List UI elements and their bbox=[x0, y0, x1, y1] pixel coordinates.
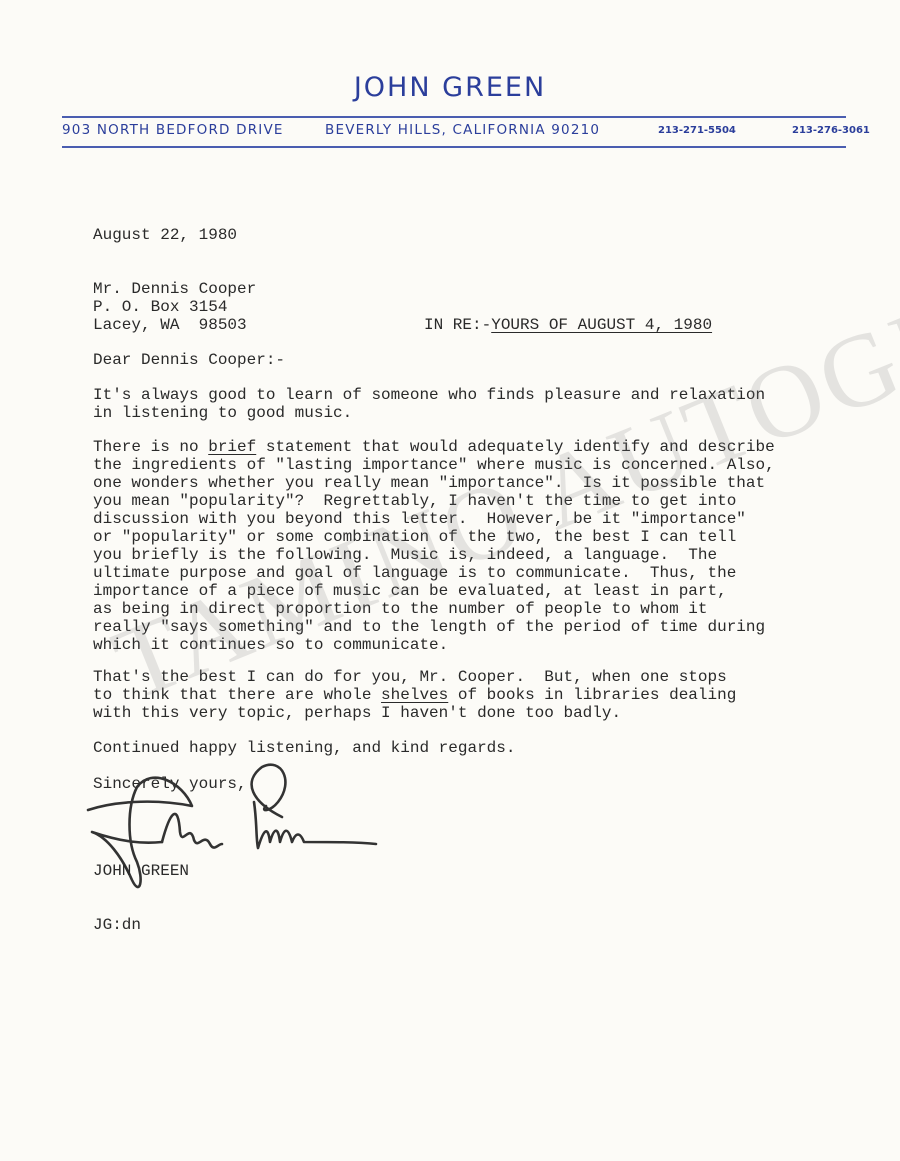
typed-signature-name: JOHN GREEN bbox=[93, 862, 189, 880]
letterhead-phone-1: 213-271-5504 bbox=[658, 125, 736, 136]
letterhead-contact-row: 903 NORTH BEDFORD DRIVE BEVERLY HILLS, C… bbox=[62, 122, 846, 140]
letterhead-name: JOHN GREEN bbox=[0, 72, 900, 103]
paragraph-2-line: one wonders whether you really mean "imp… bbox=[93, 474, 765, 492]
text-span: of books in libraries dealing bbox=[448, 686, 736, 704]
letterhead-rule-top bbox=[62, 116, 846, 118]
text-span: statement that would adequately identify… bbox=[256, 438, 774, 456]
paragraph-2-line: which it continues so to communicate. bbox=[93, 636, 448, 654]
text-span: to think that there are whole bbox=[93, 686, 381, 704]
paragraph-3-line-2: to think that there are whole shelves of… bbox=[93, 686, 736, 704]
paragraph-2-line: as being in direct proportion to the num… bbox=[93, 600, 708, 618]
paragraph-2-line: or "popularity" or some combination of t… bbox=[93, 528, 736, 546]
letter-date: August 22, 1980 bbox=[93, 226, 237, 244]
paragraph-2-line-1: There is no brief statement that would a… bbox=[93, 438, 775, 456]
text-span: There is no bbox=[93, 438, 208, 456]
paragraph-3-line-3: with this very topic, perhaps I haven't … bbox=[93, 704, 621, 722]
typist-initials: JG:dn bbox=[93, 916, 141, 934]
underlined-word-shelves: shelves bbox=[381, 686, 448, 704]
letterhead-rule-bottom bbox=[62, 146, 846, 148]
letter-page: JOHN GREEN 903 NORTH BEDFORD DRIVE BEVER… bbox=[0, 0, 900, 1161]
recipient-city: Lacey, WA 98503 bbox=[93, 316, 247, 334]
paragraph-2-line: importance of a piece of music can be ev… bbox=[93, 582, 727, 600]
paragraph-2-line: ultimate purpose and goal of language is… bbox=[93, 564, 736, 582]
reference-line: IN RE:-YOURS OF AUGUST 4, 1980 bbox=[424, 316, 712, 334]
recipient-po-box: P. O. Box 3154 bbox=[93, 298, 227, 316]
paragraph-2-line: really "says something" and to the lengt… bbox=[93, 618, 765, 636]
letterhead-city: BEVERLY HILLS, CALIFORNIA 90210 bbox=[325, 122, 600, 138]
letterhead-phone-2: 213-276-3061 bbox=[792, 125, 870, 136]
paragraph-3-line-1: That's the best I can do for you, Mr. Co… bbox=[93, 668, 727, 686]
paragraph-2-line: the ingredients of "lasting importance" … bbox=[93, 456, 775, 474]
underlined-word-brief: brief bbox=[208, 438, 256, 456]
recipient-name: Mr. Dennis Cooper bbox=[93, 280, 256, 298]
salutation: Dear Dennis Cooper:- bbox=[93, 351, 285, 369]
reference-text: YOURS OF AUGUST 4, 1980 bbox=[491, 316, 712, 334]
paragraph-2-line: discussion with you beyond this letter. … bbox=[93, 510, 746, 528]
paragraph-2-line: you mean "popularity"? Regrettably, I ha… bbox=[93, 492, 736, 510]
paragraph-4: Continued happy listening, and kind rega… bbox=[93, 739, 515, 757]
letterhead-address: 903 NORTH BEDFORD DRIVE bbox=[62, 122, 284, 138]
paragraph-1-line-2: in listening to good music. bbox=[93, 404, 352, 422]
paragraph-2-line: you briefly is the following. Music is, … bbox=[93, 546, 717, 564]
paragraph-1-line-1: It's always good to learn of someone who… bbox=[93, 386, 765, 404]
reference-prefix: IN RE:- bbox=[424, 316, 491, 334]
handwritten-signature bbox=[82, 762, 382, 932]
